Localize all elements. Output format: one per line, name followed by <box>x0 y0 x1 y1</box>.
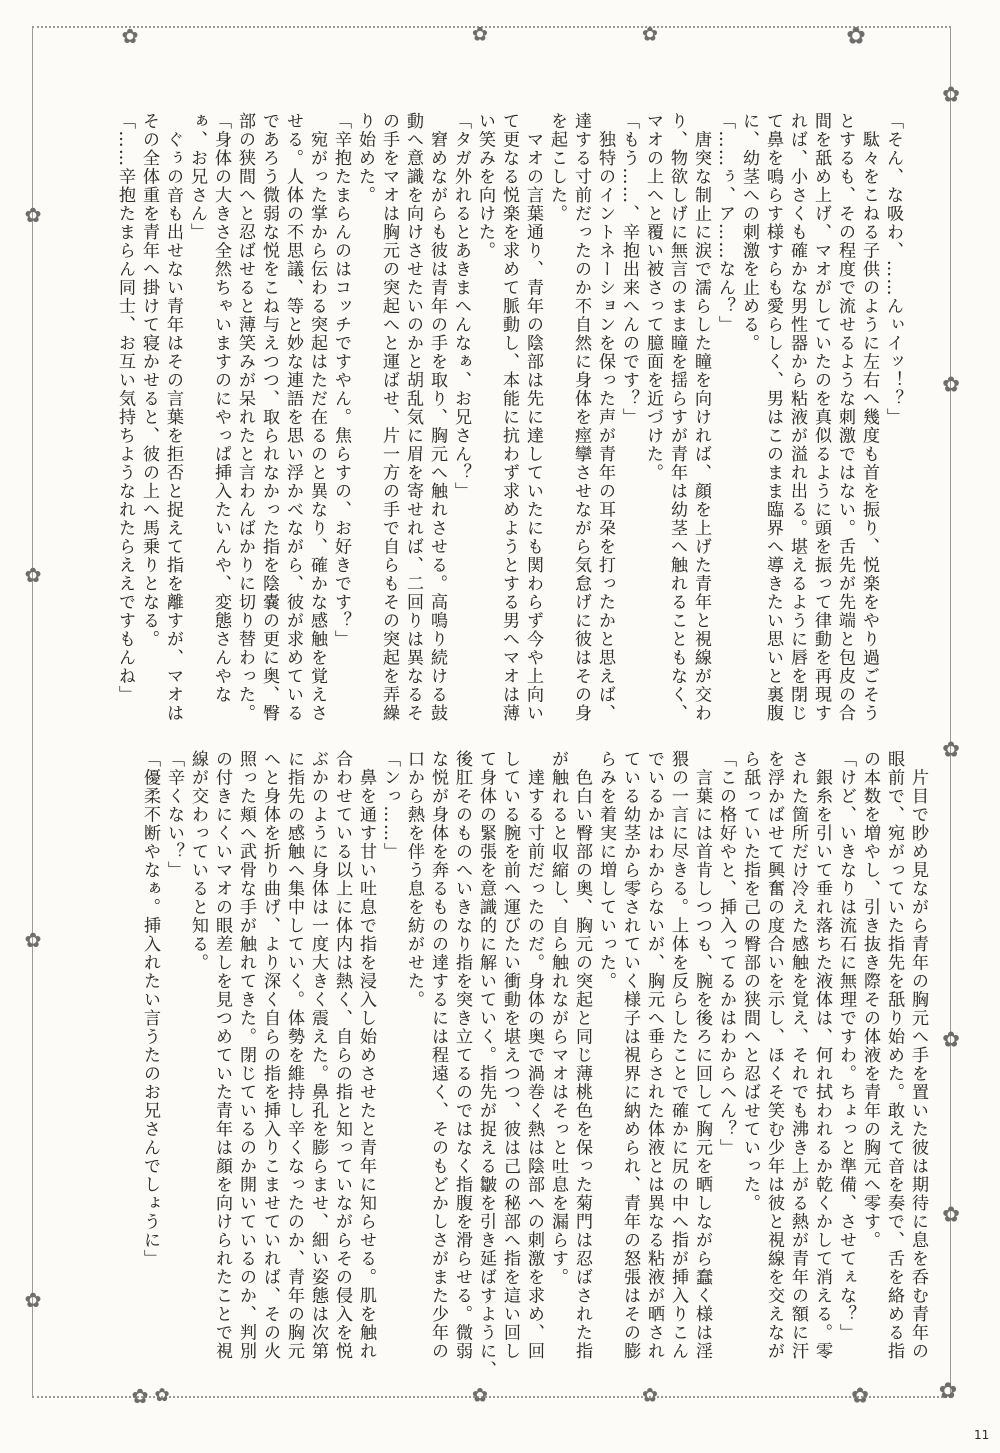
flower-ornament: ✿ <box>25 565 42 585</box>
text-column: 合わせている以上に体内は熱く、自らの指と知っていながらその侵入を悦 <box>330 750 354 1386</box>
text-column: 宛がった掌から伝わる突起はただ在るのと異なり、確かな感触を覚えさ <box>305 112 329 744</box>
text-column: れば、小さくも確かな男性器から粘液が溢れ出る。堪えるように唇を閉じ <box>785 112 809 744</box>
text-column: に、幼茎への刺激を止める。 <box>737 112 761 744</box>
text-column: でいるかはわからないが、胸元へ垂らされた体液とは異なる粘液が晒され <box>642 750 666 1386</box>
text-column: 「タガ外れるとあきまへんなぁ、お兄さん？」 <box>449 112 473 744</box>
text-column: その全体重を青年へ掛けて寝かせると、彼の上へ馬乗りとなる。 <box>137 112 161 744</box>
flower-ornament: ✿ <box>132 1386 149 1406</box>
text-column: て更なる悦楽を求めて脈動し、本能に抗わず求めようとする男へマオは薄 <box>497 112 521 744</box>
flower-ornament: ✿ <box>25 930 42 950</box>
text-column: マオの言葉通り、青年の陰部は先に達していたにも関わらず今や上向い <box>521 112 545 744</box>
text-column: らみを着実に増していった。 <box>594 750 618 1386</box>
flower-ornament: ✿ <box>642 26 658 45</box>
text-column: を浮かばせて興奮の度合いを示し、ほくそ笑む少年は彼と視線を交えなが <box>762 750 786 1386</box>
text-column: に指先の感触へ集中していく。体勢を維持し辛くなったのか、青年の胸元 <box>282 750 306 1386</box>
text-column: 片目で眇め見ながら青年の胸元へ手を置いた彼は期待に息を呑む青年の <box>906 750 930 1386</box>
text-column: 達する寸前だったのだ。身体の奥で渦巻く熱は陰部への刺激を求め、回 <box>522 750 546 1386</box>
flower-ornament: ✿ <box>122 26 139 46</box>
text-column: 「この格好やと、挿入ってるかはわからへん？」 <box>714 750 738 1386</box>
text-column: ぁ、お兄さん」 <box>185 112 209 744</box>
page-number: 11 <box>974 1428 989 1442</box>
flower-ornament: ✿ <box>846 26 865 49</box>
text-column: 「身体の大きさ全然ちゃいますのにやっぱ挿入たいんや、変態さんやな <box>209 112 233 744</box>
flower-ornament: ✿ <box>25 205 42 225</box>
text-column: 「けど、いきなりは流石に無理ですわ。ちょっと準備、させてぇな？」 <box>834 750 858 1386</box>
text-column: て鼻を鳴らす様すらも愛らしく、男はこのまま臨界へ導きたい思いと裏腹 <box>761 112 785 744</box>
text-column: の手をマオは胸元の突起へと運ばせ、片一方の手で自らもその突起を弄繰 <box>377 112 401 744</box>
text-column: せる。人体の不思議、等と妙な連語を思い浮かべながら、彼が求めている <box>281 112 305 744</box>
text-column: 線が交わっていると知る。 <box>186 750 210 1386</box>
text-column: 間を舐め上げ、マオがしていたのを真似るように頭を振って律動を再現す <box>809 112 833 744</box>
text-column: 言葉には首肯しつつも、腕を後ろに回して胸元を晒しながら蠢く様は淫 <box>690 750 714 1386</box>
text-column: であろう微弱な悦をこね与えつつ、取られなかった指を陰嚢の更に奥、臀 <box>257 112 281 744</box>
text-column: 鼻を通す甘い吐息で指を浸入し始めさせたと青年に知らせる。肌を触れ <box>354 750 378 1386</box>
text-column: い笑みを向けた。 <box>473 112 497 744</box>
text-column: へと身体を折り曲げ、より深く自らの指を挿入りこませていれば、その火 <box>258 750 282 1386</box>
text-column: 駄々をこねる子供のように左右へ幾度も首を振り、悦楽をやり過ごそう <box>857 112 881 744</box>
text-column: 「……ぅ、ア……なん？」 <box>713 112 737 744</box>
text-column: 部の狭間へと忍ばせると薄笑みが呆れたと言わんばかりに切り替わった。 <box>233 112 257 744</box>
text-column: 「もう……、辛抱出来へんのです？」 <box>617 112 641 744</box>
text-column: 照った頬へ武骨な手が触れてきた。閉じているのか開いているのか、判別 <box>234 750 258 1386</box>
text-column: を起こした。 <box>545 112 569 744</box>
flower-ornament: ✿ <box>939 1381 957 1403</box>
text-column: の付きにくいマオの眼差しを見つめていた青年は顔を向けられたことで視 <box>210 750 234 1386</box>
text-column: 「優柔不断やなぁ。挿入れたい言うたのお兄さんでしょうに」 <box>138 750 162 1386</box>
flower-ornament: ✿ <box>942 740 960 761</box>
flower-ornament: ✿ <box>851 1386 869 1407</box>
flower-ornament: ✿ <box>472 26 488 45</box>
flower-ornament: ✿ <box>154 1387 169 1405</box>
text-column: 動へ意識を向けさせたいのかと胡乱気に眉を寄せれば、二回りは異なるそ <box>401 112 425 744</box>
text-column: 色白い臀部の奥、胸元の突起と同じ薄桃色を保った菊門は忍ばされた指 <box>570 750 594 1386</box>
text-column: 「辛抱たまらんのはコッチですやん。焦らすの、お好きです？」 <box>329 112 353 744</box>
text-column: 後肛そのものへいきなり指を突き立てるのではなく指腹を滑らせる。微弱 <box>450 750 474 1386</box>
text-column: 口から熱を伴う息を紡がせた。 <box>402 750 426 1386</box>
text-column: 窘めながらも彼は青年の手を取り、胸元へ触れさせる。高鳴り続ける鼓 <box>425 112 449 744</box>
text-column: 「そん、な吸わ、……んぃイッ！？」 <box>881 112 905 744</box>
text-column: ら舐っていた指を己の臀部の狭間へと忍ばせていった。 <box>738 750 762 1386</box>
flower-ornament: ✿ <box>942 1205 960 1226</box>
text-column: り、物欲しげに無言のまま瞳を揺らすが青年は幼茎へ触れることもなく、 <box>665 112 689 744</box>
flower-ornament: ✿ <box>642 1387 658 1406</box>
flower-ornament: ✿ <box>472 1387 488 1406</box>
flower-ornament: ✿ <box>25 1290 42 1310</box>
text-column: な悦が身体を奔るものの達するには程遠く、そのもどかしさがまた少年の <box>426 750 450 1386</box>
flower-ornament: ✿ <box>942 1030 960 1051</box>
scanned-book-page: { "page": { "number": "11", "paper_color… <box>0 0 1000 1453</box>
text-block-top: 「そん、な吸わ、……んぃイッ！？」 駄々をこねる子供のように左右へ幾度も首を振り… <box>113 112 905 744</box>
text-column: 眼前で、宛がっていた指先を舐り始めた。敢えて音を奏で、舌を絡める指 <box>882 750 906 1386</box>
flower-ornament: ✿ <box>942 375 960 396</box>
text-column: 達する寸前だったのか不自然に身体を痙攣させながら気怠げに彼はその身 <box>569 112 593 744</box>
text-column: 「……辛抱たまらん同士、お互い気持ちようなれたらええですもんね」 <box>113 112 137 744</box>
text-column: 唐突な制止に涙で濡らした瞳を向ければ、顔を上げた青年と視線が交わ <box>689 112 713 744</box>
text-column: ぶかのように身体は一度大きく震えた。鼻孔を膨らませ、細い姿態は次第 <box>306 750 330 1386</box>
text-column: の本数を増やし、引き抜き際その体液を青年の胸元へ零す。 <box>858 750 882 1386</box>
text-column: 独特のイントネーションを保った声が青年の耳朶を打ったかと思えば、 <box>593 112 617 744</box>
text-column: ている幼茎から零されていく様子は視界に納められ、青年の怒張はその膨 <box>618 750 642 1386</box>
text-column: マオの上へと覆い被さって臆面を近づけた。 <box>641 112 665 744</box>
text-column: 「ンっ……」 <box>378 750 402 1386</box>
text-column: している腕を前へ運びたい衝動を堪えつつ、彼は己の秘部へ指を這い回し <box>498 750 522 1386</box>
text-column: とするも、その程度で流せるような刺激ではない。舌先が先端と包皮の合 <box>833 112 857 744</box>
text-column: り始めた。 <box>353 112 377 744</box>
text-column: された箇所だけ冷えた感触を覚え、それでも沸き上がる熱が青年の額に汗 <box>786 750 810 1386</box>
text-block-bottom: 片目で眇め見ながら青年の胸元へ手を置いた彼は期待に息を呑む青年の眼前で、宛がって… <box>138 750 930 1386</box>
text-column: が触れると収縮し、自ら触れながらマオはそっと吐息を漏らす。 <box>546 750 570 1386</box>
text-column: 銀糸を引いて垂れ落ちた液体は、何れ拭われるか乾くかして消える。零 <box>810 750 834 1386</box>
text-column: 「辛くない？」 <box>162 750 186 1386</box>
text-column: て身体の緊張を意識的に解いていく。指先が捉える皺を引き延ばすように、 <box>474 750 498 1386</box>
flower-ornament: ✿ <box>942 85 960 106</box>
text-column: ぐぅの音も出せない青年はその言葉を拒否と捉えて指を離すが、マオは <box>161 112 185 744</box>
text-column: 猥の一言に尽きる。上体を反らしたことで確かに尻の中へ指が挿入りこん <box>666 750 690 1386</box>
